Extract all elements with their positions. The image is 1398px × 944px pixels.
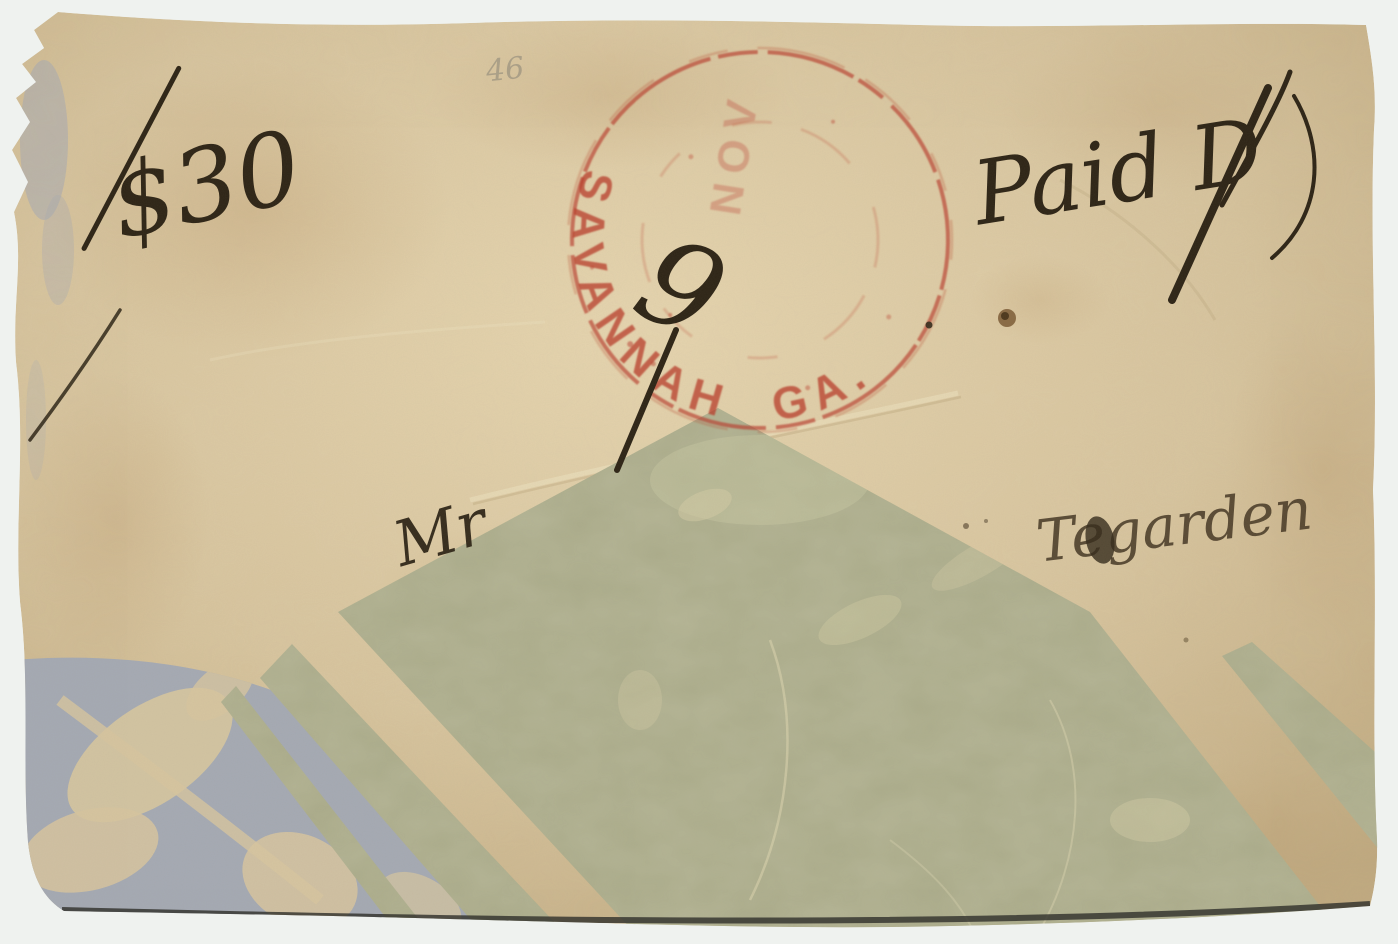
paper-grain	[0, 0, 1398, 944]
envelope-scan: SAVANNAH GA. NOV $30 46	[0, 0, 1398, 944]
envelope: SAVANNAH GA. NOV $30 46	[0, 0, 1398, 944]
envelope-scan-svg: SAVANNAH GA. NOV $30 46	[0, 0, 1398, 944]
